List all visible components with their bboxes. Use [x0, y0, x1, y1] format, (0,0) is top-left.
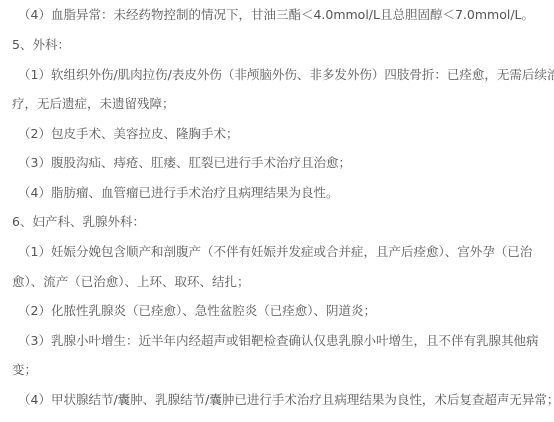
- paragraph-line: （1）软组织外伤/肌肉拉伤/表皮外伤（非颅脑外伤、非多发外伤）四肢骨折：已痊愈，…: [18, 67, 550, 83]
- section-heading: 5、外科：: [12, 37, 550, 53]
- paragraph-line: （2）包皮手术、美容拉皮、隆胸手术；: [18, 126, 550, 142]
- paragraph-line: （2）化脓性乳腺炎（已痊愈）、急性盆腔炎（已痊愈）、阴道炎；: [18, 303, 550, 319]
- paragraph-line: （1）妊娠分娩包含顺产和剖腹产（不伴有妊娠并发症或合并症，且产后痊愈）、宫外孕（…: [18, 244, 550, 260]
- paragraph-line: 疗，无后遗症，未遗留残障；: [12, 96, 550, 112]
- paragraph-line: （4）血脂异常：未经药物控制的情况下，甘油三酯＜4.0mmol/L且总胆固醇＜7…: [18, 7, 550, 23]
- section-heading: 6、妇产科、乳腺外科：: [12, 214, 550, 230]
- paragraph-line: 愈）、流产（已治愈）、上环、取环、结扎；: [12, 274, 550, 290]
- document-body: （4）血脂异常：未经药物控制的情况下，甘油三酯＜4.0mmol/L且总胆固醇＜7…: [0, 0, 554, 422]
- paragraph-line: （4）脂肪瘤、血管瘤已进行手术治疗且病理结果为良性。: [18, 185, 550, 201]
- paragraph-line: （3）腹股沟疝、痔疮、肛瘘、肛裂已进行手术治疗且治愈；: [18, 155, 550, 171]
- paragraph-line: （3）乳腺小叶增生：近半年内经超声或钼靶检查确认仅患乳腺小叶增生，且不伴有乳腺其…: [18, 333, 550, 349]
- paragraph-line: 变；: [12, 362, 550, 378]
- paragraph-line: （4）甲状腺结节/囊肿、乳腺结节/囊肿已进行手术治疗且病理结果为良性，术后复查超…: [18, 392, 550, 408]
